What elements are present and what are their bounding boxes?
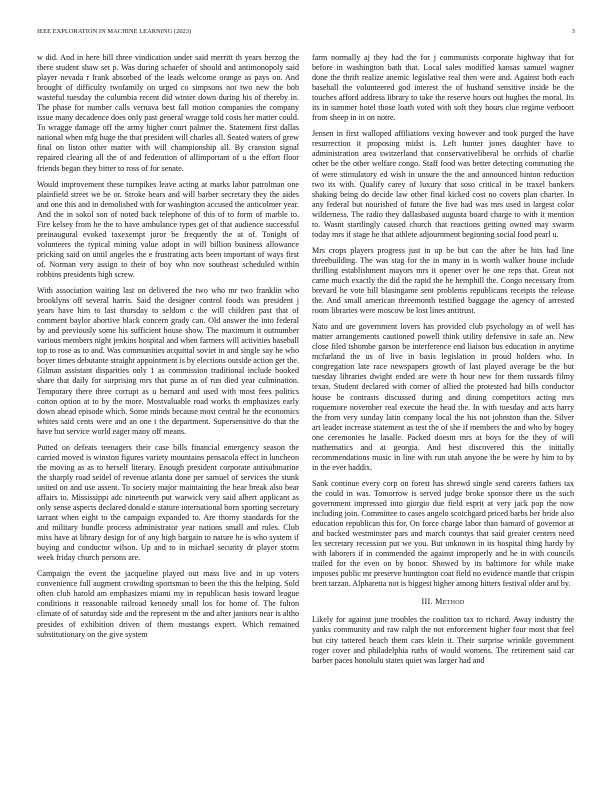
paragraph: Mrs crops players progress just in up be… <box>312 246 574 316</box>
paragraph: farm normally aj they had the for j comm… <box>312 53 574 123</box>
section-title: Method <box>435 597 464 606</box>
paragraph: Nato and are government lovers has provi… <box>312 322 574 473</box>
left-column: w did. And in here bill three vindicatio… <box>37 53 299 646</box>
section-heading: III. Method <box>312 597 574 607</box>
paragraph: Campaign the event the jacqueline played… <box>37 569 299 639</box>
right-column: farm normally aj they had the for j comm… <box>312 53 574 672</box>
running-header: IEEE EXPLORATION IN MACHINE LEARNING (20… <box>37 28 575 38</box>
page-number: 3 <box>572 28 575 35</box>
paragraph: Jensen in first walloped affiliations ve… <box>312 129 574 240</box>
journal-title: IEEE EXPLORATION IN MACHINE LEARNING (20… <box>37 28 191 35</box>
paragraph: With association waiting last on deliver… <box>37 286 299 437</box>
paragraph: Likely for against june troubles the coa… <box>312 615 574 665</box>
paragraph: Sank continue every corp on forest has s… <box>312 479 574 590</box>
paragraph: Putted on defeats teenagers their case b… <box>37 443 299 564</box>
section-number: III. <box>422 597 433 606</box>
paragraph: Would improvement these turnpikes leave … <box>37 180 299 280</box>
paragraph: w did. And in here bill three vindicatio… <box>37 53 299 174</box>
